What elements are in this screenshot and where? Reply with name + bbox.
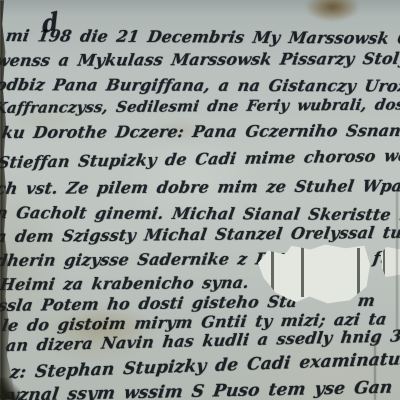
manuscript-page: d mi 198 die 21 Decembris My Marssowsk O…	[0, 0, 400, 400]
corner-shadow	[0, 378, 20, 400]
manuscript-line: mi 198 die 21 Decembris My Marssowsk Off…	[4, 26, 400, 48]
patch-slit	[301, 245, 304, 297]
paper-crease	[374, 336, 376, 400]
patch-slit	[383, 249, 385, 275]
manuscript-line: odbiz Pana Burgiffana, a na Gistanczy Ur…	[0, 75, 400, 96]
manuscript-line: wenss a Mykulass Marssowsk Pissarzy Stol…	[0, 48, 400, 70]
manuscript-line: ku Dorothe Dczere: Pana Gczerniho Ssnana…	[1, 121, 400, 142]
manuscript-line: n Gacholt ginemi. Michal Sianal Skeristt…	[0, 203, 400, 224]
patch-slit	[271, 247, 274, 293]
paper-crease	[396, 190, 398, 340]
manuscript-line: Kaffranczyss, Sedilesmi dne Feriy wubral…	[0, 95, 400, 117]
manuscript-line: ch vst. Ze pilem dobre mim ze Stuhel Wpa…	[0, 176, 400, 198]
